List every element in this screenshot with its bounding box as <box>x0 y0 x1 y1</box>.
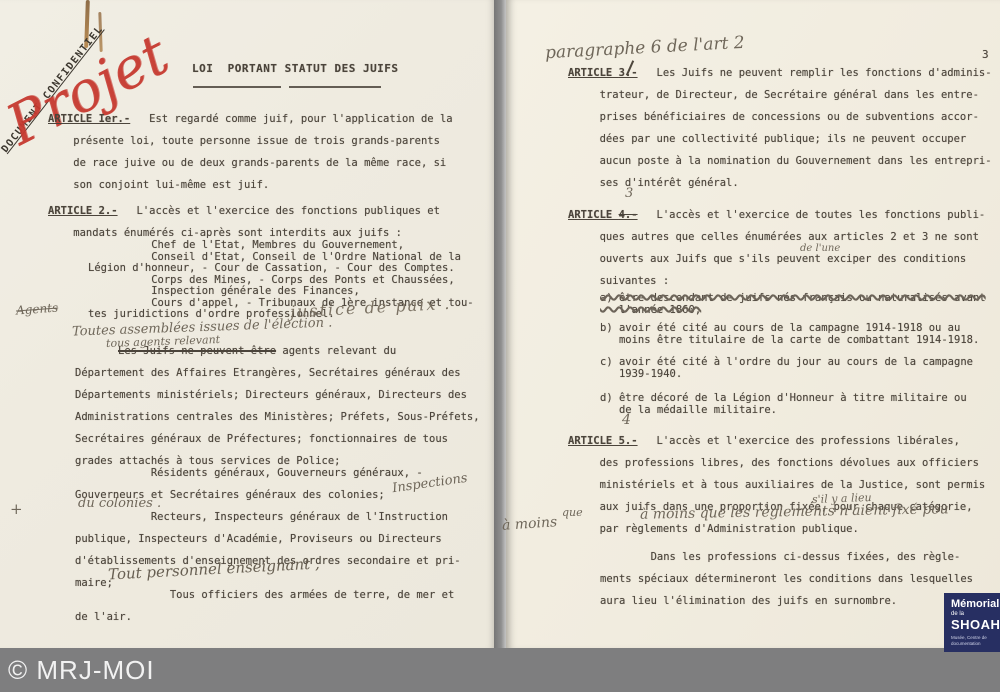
article-2: ARTICLE 2.- L'accès et l'exercice des fo… <box>48 200 440 244</box>
final-paragraph: Dans les professions ci-dessus fixées, d… <box>600 546 973 612</box>
pencil-number-article-4: 3 <box>625 186 633 201</box>
agents-paragraph-text: agents relevant du Département des Affai… <box>75 345 480 467</box>
logo-subtitle: Musée, Centre de documentation <box>951 635 991 647</box>
title-underline <box>289 86 381 88</box>
article-3-label: ARTICLE <box>568 67 619 79</box>
document-scan-viewer: DOCUMENT CONFIDENTIEL Projet LOI PORTANT… <box>0 0 1000 692</box>
pencil-number-article-5: 4 <box>622 412 631 428</box>
article-2-label: ARTICLE 2.- <box>48 205 118 217</box>
logo-line-shoah: SHOAH <box>951 618 1000 631</box>
article-4-number: 4.- <box>619 209 638 221</box>
struck-les-juifs: Les Juifs ne peuvent être <box>118 345 276 357</box>
copyright-watermark: © MRJ-MOI <box>8 655 155 686</box>
condition-c: c) avoir été cité à l'ordre du jour au c… <box>600 356 973 380</box>
article-4: ARTICLE 4.- L'accès et l'exercice de tou… <box>568 204 985 292</box>
handwritten-agents-margin: Agents <box>16 301 59 318</box>
article-5: ARTICLE 5.- L'accès et l'exercice des pr… <box>568 430 985 540</box>
page-number: 3 <box>982 48 989 61</box>
page-separator <box>494 0 506 648</box>
handwritten-plus-mark: + <box>10 500 23 518</box>
article-1: ARTICLE Ier.- Est regardé comme juif, po… <box>48 108 453 196</box>
logo-line-memorial: Mémorial <box>951 599 1000 610</box>
handwritten-que: que <box>562 506 583 519</box>
document-title: LOI PORTANT STATUT DES JUIFS <box>192 62 399 75</box>
handwritten-de-lune: de l'une <box>800 243 840 254</box>
agents-paragraph: Les Juifs ne peuvent être agents relevan… <box>75 340 480 472</box>
condition-b: b) avoir été cité au cours de la campagn… <box>600 322 979 346</box>
officiers-paragraph: Tous officiers des armées de terre, de m… <box>75 584 454 628</box>
article-4-label: ARTICLE <box>568 209 619 221</box>
article-5-label: ARTICLE 5.- <box>568 435 638 447</box>
condition-d: d) être décoré de la Légion d'Honneur à … <box>600 392 967 416</box>
condition-a: a) être descendant de juifs nés français… <box>600 292 986 316</box>
memorial-shoah-logo: Mémorial de la SHOAH Musée, Centre de do… <box>944 593 1000 652</box>
article-3-text: Les Juifs ne peuvent remplir les fonctio… <box>568 67 992 189</box>
title-underline <box>193 86 281 88</box>
article-1-label: ARTICLE Ier.- <box>48 113 130 125</box>
article-3: ARTICLE 3.- Les Juifs ne peuvent remplir… <box>568 62 992 194</box>
